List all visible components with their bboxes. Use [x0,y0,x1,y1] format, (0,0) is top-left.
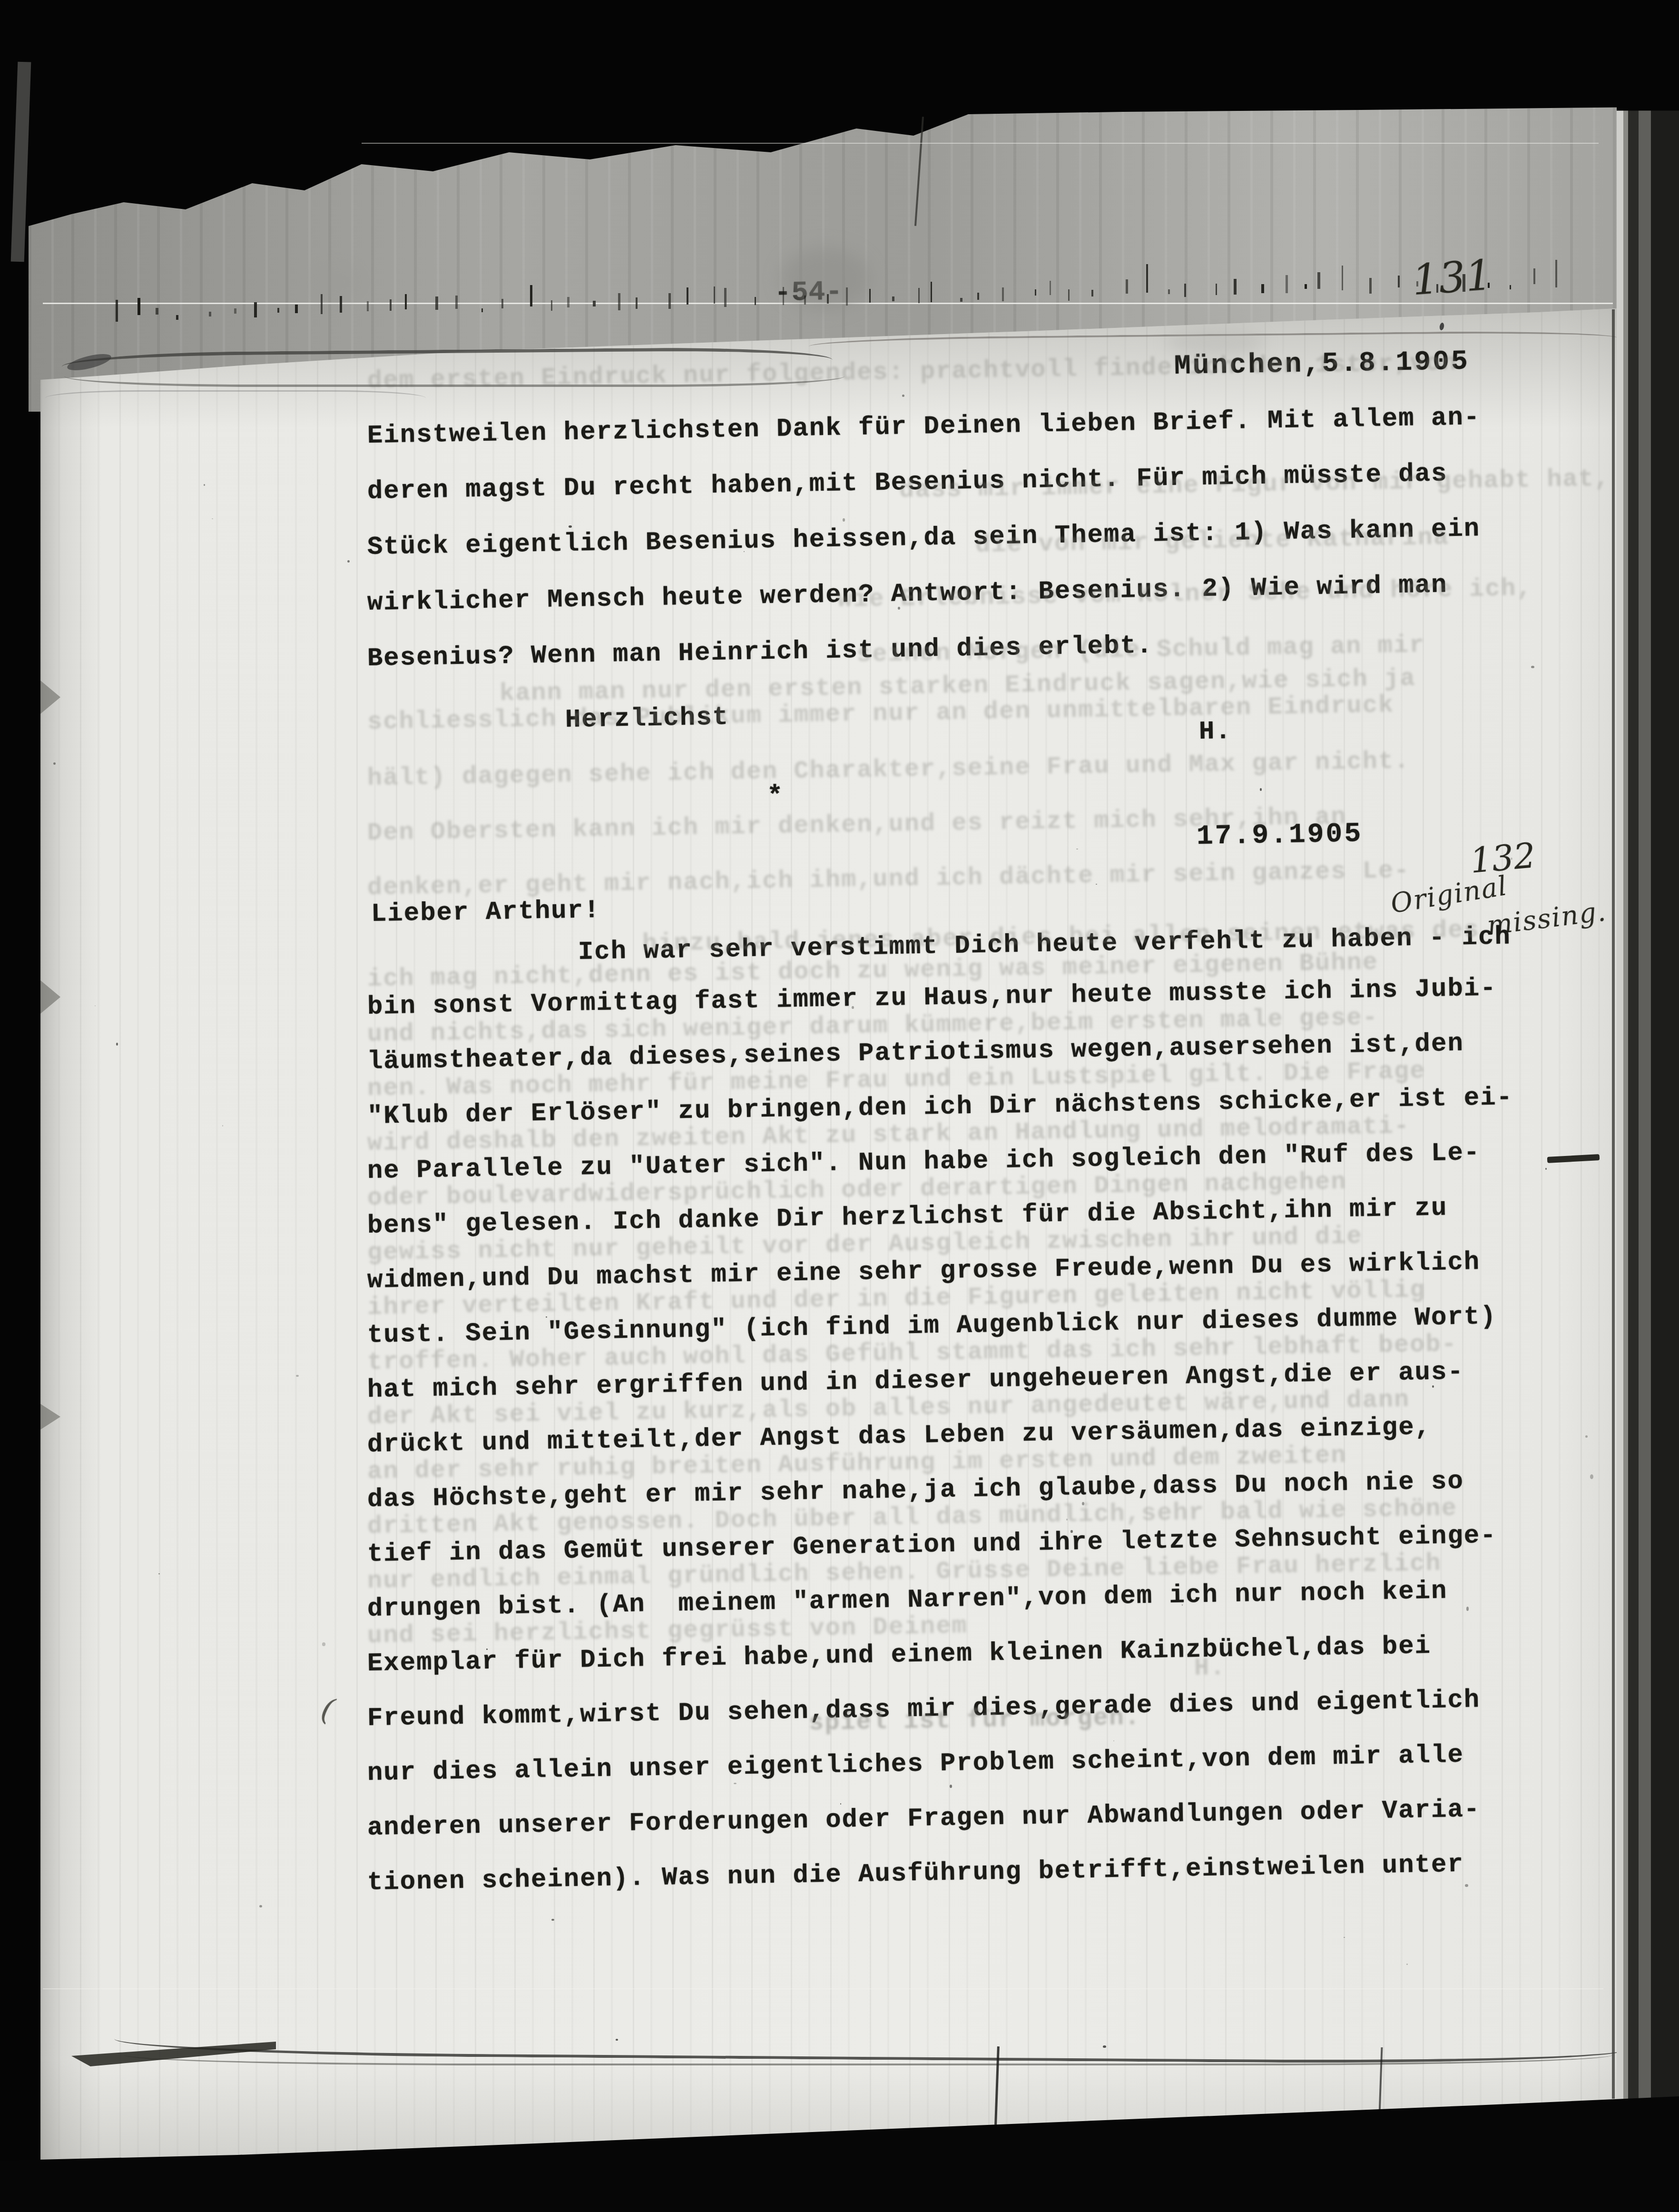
film-speck [259,1905,262,1908]
film-speck [347,560,350,563]
type-tick [1184,284,1187,297]
separator-asterisk: * [767,782,785,810]
type-tick [804,296,806,305]
type-tick [1436,284,1439,293]
type-tick [593,301,596,306]
film-speck [843,518,845,522]
type-tick [1146,264,1148,293]
edge-notch [40,681,60,714]
type-tick [405,294,407,310]
type-tick [1126,279,1128,294]
film-speck [486,1649,488,1650]
smudge-2 [309,262,366,302]
page-right-edge [1612,309,1615,2099]
type-tick [1342,266,1343,291]
typed-line: anderen unserer Forderungen oder Fragen … [367,1797,1481,1841]
type-tick [551,300,553,311]
type-tick [977,293,979,300]
stacked-sheets-border [1617,0,1679,2212]
type-tick [501,299,504,308]
type-tick [1216,284,1217,295]
type-tick [846,287,848,306]
film-speck [322,1642,325,1646]
film-speck [53,762,56,765]
salutation: Lieber Arthur! [371,898,601,928]
film-speck [1531,666,1534,668]
film-speck [1590,1474,1593,1479]
type-tick [892,296,895,301]
film-speck [1082,1502,1084,1505]
film-speck [950,1785,952,1788]
type-tick [116,300,118,322]
film-scratch-3 [43,1988,1603,1989]
type-tick [783,287,785,305]
film-speck [546,1316,547,1318]
type-tick [1305,284,1307,289]
film-speck [1344,1937,1345,1938]
film-speck [852,1006,854,1009]
edge-notch [40,1404,60,1430]
type-tick [277,308,279,312]
type-tick [254,302,257,317]
ghost-line: hält) dagegen sehe ich den Charakter,sei… [367,749,1410,791]
type-tick [1510,285,1512,289]
edge-notch [40,980,60,1014]
type-tick [530,285,532,306]
film-speck [569,525,572,528]
scan-content: -54- 131 München,5.8.1905 Einstweilen he… [0,0,1679,2212]
film-speck [902,395,904,397]
film-speck [158,1573,160,1574]
film-speck [1076,849,1078,850]
film-speck [1465,1884,1468,1887]
type-tick [1091,290,1093,297]
type-tick [931,282,932,302]
film-speck [1373,1477,1374,1479]
type-tick [367,301,369,311]
type-tick [1002,287,1003,301]
type-tick [137,298,140,315]
film-speck [497,438,499,439]
type-tick [567,297,569,308]
type-tick [295,305,297,313]
film-speck [212,518,213,519]
type-tick [1050,281,1051,295]
type-tick [1068,289,1070,301]
type-tick [340,296,342,313]
ghost-line: spiel ist für morgen. [809,1705,1141,1736]
top-crease-faint [45,390,426,406]
type-tick [1317,272,1320,289]
type-tick [918,288,920,303]
film-speck [116,1043,118,1046]
folio-number-131: 131 [1411,250,1494,305]
type-tick [1398,276,1400,287]
type-tick [1463,274,1465,292]
typed-line: nur dies allein unser eigentliches Probl… [367,1743,1464,1787]
type-tick [714,286,716,304]
bottom-crease-2 [124,2044,1613,2065]
film-speck [1585,1435,1588,1438]
type-tick [668,293,671,309]
film-speck [222,1125,223,1126]
ghost-line: H. [1194,1656,1226,1681]
type-tick [1488,283,1489,288]
type-tick [1168,289,1169,294]
type-tick [755,297,756,305]
smudge-3 [1166,328,1266,357]
type-tick [1416,281,1418,286]
type-tick [687,287,688,305]
type-tick [481,308,483,312]
ghost-line: die von mir geliebte Katharina [975,525,1450,558]
film-speck [734,1783,736,1785]
ink-dash [1547,1154,1600,1163]
film-speck [1432,1385,1434,1388]
film-speck [551,1919,554,1921]
typed-line: Einstweilen herzlichsten Dank für Deinen… [367,405,1481,449]
film-speck [1260,788,1262,791]
film-speck [1096,884,1097,885]
film-scratch-2 [362,143,1599,144]
type-tick [455,296,458,309]
type-tick [390,299,392,311]
type-tick [1035,289,1037,295]
type-tick [960,298,962,302]
top-crease-2 [64,365,844,387]
type-tick [1234,279,1237,295]
type-tick [869,289,871,303]
type-tick [636,297,638,309]
type-tick [724,288,727,307]
margin-mark: ( [317,1691,337,1728]
type-tick [1555,260,1557,287]
type-tick [1369,278,1372,294]
smudge [780,247,871,309]
type-tick [435,296,438,310]
film-speck [1466,1607,1469,1610]
type-tick [209,312,211,316]
film-speck [840,1803,842,1805]
type-tick [321,294,323,314]
film-speck [1545,1168,1547,1170]
film-speck [1113,1740,1114,1741]
ink-dot [1439,322,1445,330]
type-tick [618,293,620,311]
type-tick [156,308,158,315]
type-tick [176,315,178,320]
type-tick [1533,268,1535,284]
type-tick [1261,284,1264,293]
type-tick [1286,275,1288,293]
type-tick [827,294,829,303]
ghost-line: denken,er geht mir nach,ich ihm,und ich … [367,859,1410,900]
film-speck [1406,1964,1408,1965]
film-speck [204,484,206,486]
film-speck [95,1006,96,1006]
film-speck [296,1375,299,1377]
signature-initial: H. [1199,719,1232,745]
type-tick [234,308,236,313]
typed-line: tionen scheinen). Was nun die Ausführung… [367,1852,1464,1896]
